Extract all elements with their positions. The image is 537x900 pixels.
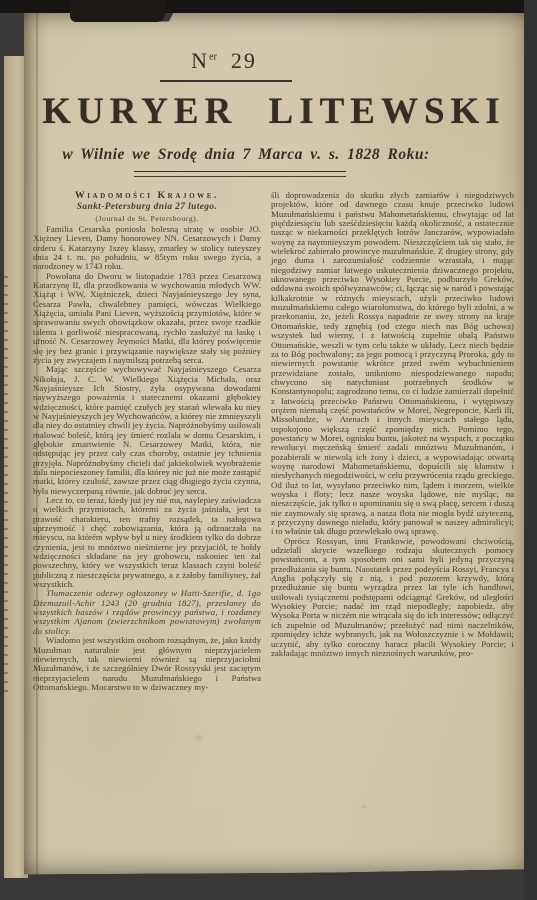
masthead: Ner29 KURYER LITEWSKI w Wilnie we Srodę … (24, 12, 524, 177)
paragraph: Familia Cesarska poniosła bolesną stratę… (33, 225, 261, 272)
issue-superscript: er (209, 52, 217, 63)
paragraph: Mając szczęście wychowywać Nayjaśnieysze… (33, 365, 261, 496)
adjacent-page-text-specks (4, 276, 8, 696)
paragraph: Lecz to, co teraz, kiedy już jey nié ma,… (33, 496, 261, 589)
issue-number: Ner29 (0, 48, 474, 74)
masthead-dateline: w Wilnie we Srodę dnia 7 Marca v. s. 182… (0, 146, 496, 164)
scan-background-right (524, 0, 537, 900)
left-column: Wiadomości Krajowe. Sankt-Petersburg dni… (33, 191, 261, 692)
paragraph: Powołana do Dworu w listopadzie 1783 prz… (33, 272, 261, 365)
right-column: śli doprowadzenia do skutku złych zamiar… (271, 191, 514, 692)
dateline-rule (134, 171, 346, 177)
article-attribution: (Journal de St. Petersbourg). (33, 214, 261, 223)
newspaper-title: KURYER LITEWSKI (24, 90, 524, 133)
body-columns: Wiadomości Krajowe. Sankt-Petersburg dni… (24, 177, 524, 692)
issue-rule (160, 80, 292, 82)
paragraph: Oprócz Rossyan, inni Frankowie, powodowa… (271, 537, 514, 658)
scan-background-top-notch (70, 0, 165, 22)
paragraph-continuation: śli doprowadzenia do skutku złych zamiar… (271, 191, 514, 537)
fold-crease (36, 12, 39, 876)
article-dateline: Sankt-Petersburg dnia 27 lutego. (33, 203, 261, 212)
section-header: Wiadomości Krajowe. (33, 191, 261, 200)
issue-label: N (191, 48, 209, 73)
paragraph: Wiadomo jest wszystkim osobom rozsądnym,… (33, 636, 261, 692)
newspaper-page: Ner29 KURYER LITEWSKI w Wilnie we Srodę … (24, 12, 524, 876)
decree-heading-paragraph: Tłumaczenie odezwy ogłoszoney w Hatti-Sz… (33, 589, 261, 636)
issue-value: 29 (231, 48, 257, 73)
